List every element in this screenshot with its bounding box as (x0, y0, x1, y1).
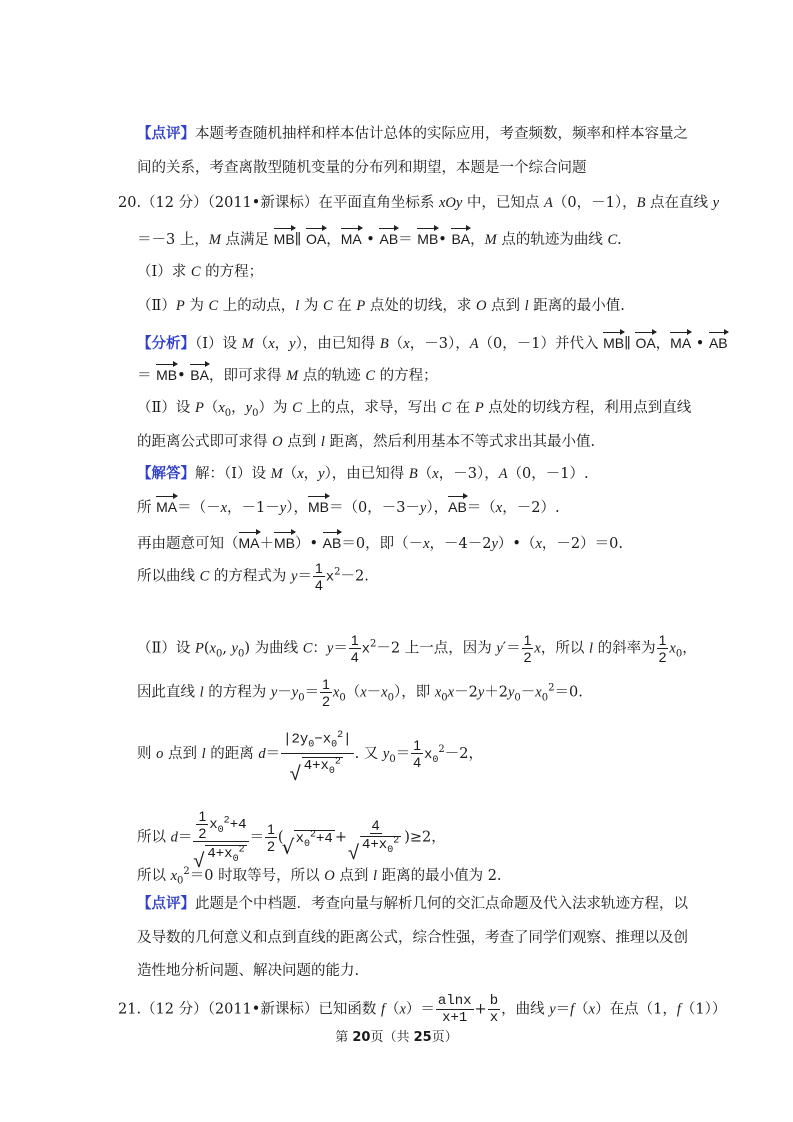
q20-stem-line2: ＝－3 上，M 点满足 MB∥ OA，MA • AB＝ MB• BA，M 点的轨… (137, 226, 622, 250)
comment-tag: 【点评】 (137, 895, 195, 912)
q20-analysis-line4: 的距离公式即可求得 O 点到 l 距离，然后利用基本不等式求出其最小值. (137, 432, 595, 452)
q20-part1: （Ⅰ）求 C 的方程； (137, 262, 263, 282)
q20-solution-line3: 再由题意可知（MA＋MB）• AB＝0，即（－x，－4－2y）•（x，－2）＝0… (137, 530, 623, 554)
analysis-tag: 【分析】 (137, 335, 195, 352)
question-score: （12 分） (141, 1002, 208, 1018)
question-number: 21. (118, 1002, 141, 1018)
q20-solution-line6: 因此直线 l 的方程为 y－y0＝12x0（x－x0），即 x0x－2y＋2y0… (137, 676, 583, 709)
q20-solution-line5: （Ⅱ）设 P(x0, y0) 为曲线 C：y＝14x2－2 上一点，因为 y′＝… (137, 632, 697, 665)
question-number: 20. (118, 195, 141, 211)
q20-solution-line7: 则 o 点到 l 的距离 d＝|2y0−x02|4+x02. 又 y0＝14x0… (137, 728, 483, 780)
solution-tag: 【解答】 (137, 465, 195, 482)
q20-solution-line2: 所 MA＝（－x，－1－y），MB＝（0，－3－y），AB＝（x，－2）. (137, 494, 560, 518)
question-source: （2011•新课标） (208, 1002, 319, 1018)
q20-solution-line4: 所以曲线 C 的方程式为 y＝14x2－2. (137, 560, 369, 593)
q20-comment-line2: 及导数的几何意义和点到直线的距离公式，综合性强，考查了同学们观察、推理以及创 (137, 928, 688, 948)
page-total: 25 (414, 1030, 432, 1045)
q20-analysis-line3: （Ⅱ）设 P（x0，y0）为 C 上的点，求导，写出 C 在 P 点处的切线方程… (137, 398, 691, 424)
q20-comment-line3: 造性地分析问题、解决问题的能力. (137, 961, 359, 981)
q20-analysis-line1: 【分析】（Ⅰ）设 M（x，y），由已知得 B（x，－3），A（0，－1）并代入 … (137, 330, 728, 354)
q20-part2: （Ⅱ）P 为 C 上的动点，l 为 C 在 P 点处的切线，求 O 点到 l 距… (137, 296, 625, 316)
question-source: （2011•新课标） (208, 195, 319, 211)
q20-stem-line1: 20.（12 分）（2011•新课标）在平面直角坐标系 xOy 中，已知点 A（… (118, 193, 719, 213)
q21-stem: 21.（12 分）（2011•新课标）已知函数 f（x）＝alnxx+1+bx，… (118, 993, 726, 1026)
prev-comment-line2: 间的关系，考查离散型随机变量的分布列和期望，本题是一个综合问题 (137, 158, 587, 178)
question-score: （12 分） (141, 195, 208, 211)
q20-analysis-line2: ＝ MB• BA，即可求得 M 点的轨迹 C 的方程； (137, 362, 438, 386)
q20-solution-line9: 所以 x02＝0 时取等号，所以 O 点到 l 距离的最小值为 2. (137, 862, 502, 892)
q20-comment-line1: 【点评】此题是个中档题．考查向量与解析几何的交汇点命题及代入法求轨迹方程，以 (137, 894, 688, 914)
page-footer: 第 20页（共 25页） (0, 1026, 793, 1045)
comment-tag: 【点评】 (137, 125, 195, 142)
page-number: 20 (352, 1030, 370, 1045)
q20-solution-line1: 【解答】解：（Ⅰ）设 M（x，y），由已知得 B（x，－3），A（0，－1）. (137, 464, 589, 484)
prev-comment-line1: 【点评】本题考查随机抽样和样本估计总体的实际应用，考查频数，频率和样本容量之 (137, 124, 688, 144)
q20-solution-line8: 所以 d＝12x02+44+x02＝12(x02+4+44+x02)≥2， (137, 808, 446, 867)
